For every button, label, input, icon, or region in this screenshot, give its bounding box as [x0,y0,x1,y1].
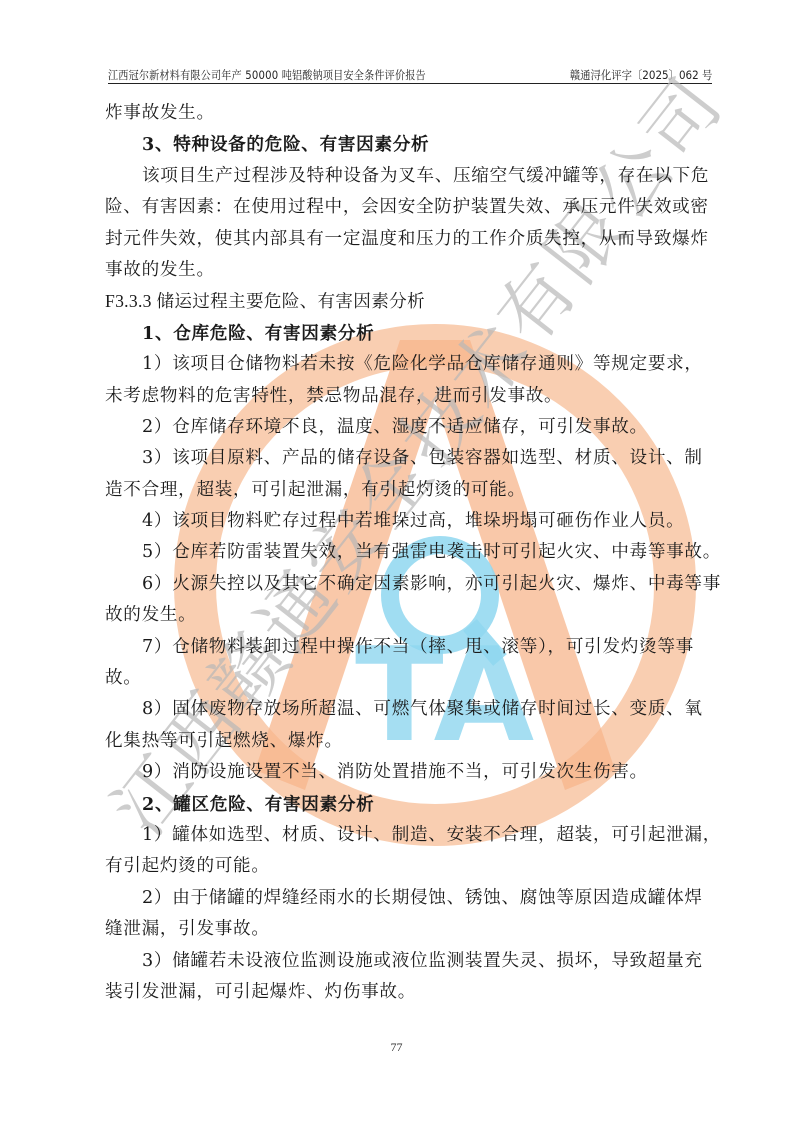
body-line: 2）由于储罐的焊缝经雨水的长期侵蚀、锈蚀、腐蚀等原因造成罐体焊 [105,883,719,914]
body-line: 化集热等可引起燃烧、爆炸。 [105,726,719,757]
body-line: 事故的发生。 [105,255,719,286]
body-line: 6）火源失控以及其它不确定因素影响，亦可引起火灾、爆炸、中毒等事 [105,569,719,600]
subsection-heading: 3、特种设备的危险、有害因素分析 [105,129,719,160]
body-line: 1）该项目仓储物料若未按《危险化学品仓库储存通则》等规定要求， [105,349,719,380]
body-line: 封元件失效，使其内部具有一定温度和压力的工作介质失控，从而导致爆炸 [105,224,719,255]
body-line: 装引发泄漏，可引起爆炸、灼伤事故。 [105,977,719,1008]
body-line: 3）该项目原料、产品的储存设备、包装容器如选型、材质、设计、制 [105,443,719,474]
body-line: 造不合理，超装，可引起泄漏，有引起灼烫的可能。 [105,475,719,506]
page-number: 77 [0,1040,793,1055]
body-line: 3）储罐若未设液位监测设施或液位监测装置失灵、损坏，导致超量充 [105,946,719,977]
body-line: 9）消防设施设置不当、消防处置措施不当，可引发次生伤害。 [105,757,719,788]
document-page: 江西冠尔新材料有限公司年产 50000 吨铝酸钠项目安全条件评价报告 赣通浔化评… [0,0,793,1122]
subsection-heading: 2、罐区危险、有害因素分析 [105,789,719,820]
body-line: 4）该项目物料贮存过程中若堆垛过高，堆垛坍塌可砸伤作业人员。 [105,506,719,537]
body-line: 2）仓库储存环境不良，温度、湿度不适应储存，可引发事故。 [105,412,719,443]
body-line: 8）固体废物存放场所超温、可燃气体聚集或储存时间过长、变质、氧 [105,694,719,725]
body-line: 故的发生。 [105,600,719,631]
subsection-heading: 1、仓库危险、有害因素分析 [105,318,719,349]
body-line: 缝泄漏，引发事故。 [105,914,719,945]
section-heading: F3.3.3 储运过程主要危险、有害因素分析 [105,286,719,317]
body-line: 1）罐体如选型、材质、设计、制造、安装不合理，超装，可引起泄漏， [105,820,719,851]
body-line: 该项目生产过程涉及特种设备为叉车、压缩空气缓冲罐等，存在以下危 [105,161,719,192]
body-line: 7）仓储物料装卸过程中操作不当（摔、甩、滚等），可引发灼烫等事 [105,632,719,663]
header-report-title: 江西冠尔新材料有限公司年产 50000 吨铝酸钠项目安全条件评价报告 [108,67,426,83]
body-line: 炸事故发生。 [105,98,719,129]
header-document-number: 赣通浔化评字〔2025〕062 号 [569,67,712,83]
body-line: 5）仓库若防雷装置失效，当有强雷电袭击时可引起火灾、中毒等事故。 [105,537,719,568]
document-body: 炸事故发生。 3、特种设备的危险、有害因素分析 该项目生产过程涉及特种设备为叉车… [105,98,719,1008]
body-line: 险、有害因素：在使用过程中，会因安全防护装置失效、承压元件失效或密 [105,192,719,223]
body-line: 故。 [105,663,719,694]
page-header: 江西冠尔新材料有限公司年产 50000 吨铝酸钠项目安全条件评价报告 赣通浔化评… [108,66,712,84]
body-line: 有引起灼烫的可能。 [105,851,719,882]
body-line: 未考虑物料的危害特性，禁忌物品混存，进而引发事故。 [105,381,719,412]
